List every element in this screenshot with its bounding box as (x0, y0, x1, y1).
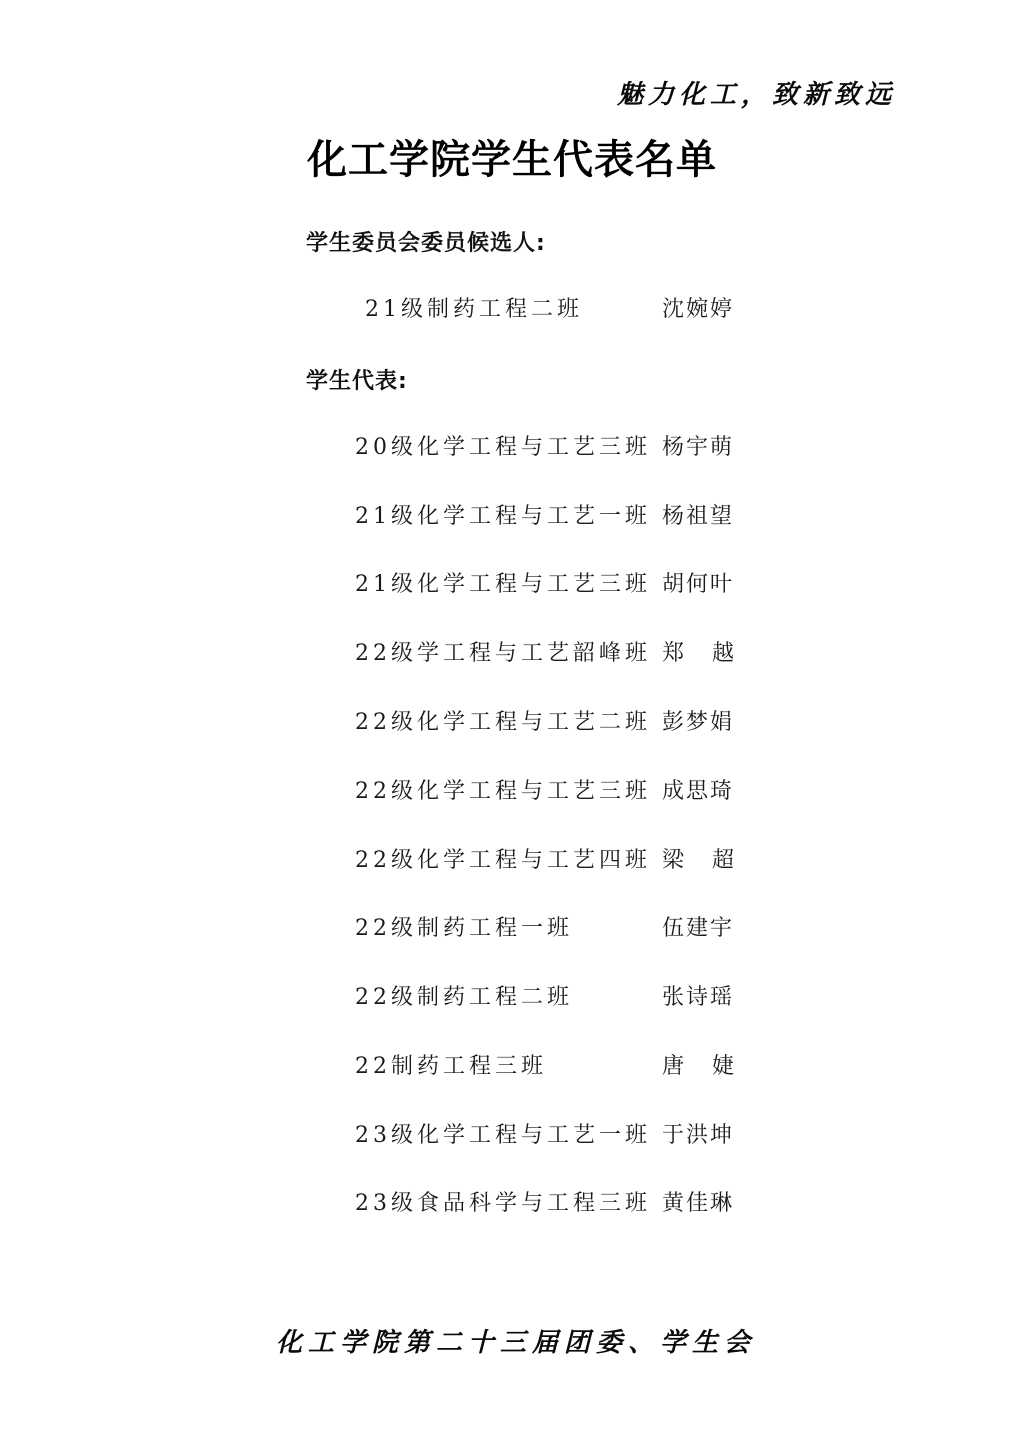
class-label: 21级化学工程与工艺一班 (355, 499, 651, 530)
representative-row: 21级化学工程与工艺三班 胡何叶 (0, 567, 1024, 599)
class-label: 22级学工程与工艺韶峰班 (355, 636, 651, 667)
student-name: 唐 婕 (662, 1049, 734, 1080)
representative-row: 22制药工程三班 唐 婕 (0, 1049, 1024, 1081)
student-name: 胡何叶 (662, 567, 734, 598)
name-surname: 唐 (662, 1049, 684, 1080)
student-name: 杨宇萌 (662, 430, 734, 461)
candidates-heading: 学生委员会委员候选人: (306, 226, 546, 257)
representative-row: 20级化学工程与工艺三班 杨宇萌 (0, 430, 1024, 462)
class-label: 22级制药工程二班 (355, 980, 573, 1011)
student-name: 沈婉婷 (662, 292, 734, 323)
representative-row: 21级化学工程与工艺一班 杨祖望 (0, 499, 1024, 531)
student-name: 于洪坤 (662, 1118, 734, 1149)
class-label: 23级食品科学与工程三班 (355, 1186, 651, 1217)
name-given: 越 (712, 636, 734, 667)
representative-row: 22级化学工程与工艺四班 梁 超 (0, 843, 1024, 875)
representative-row: 23级食品科学与工程三班 黄佳琳 (0, 1186, 1024, 1218)
student-name: 黄佳琳 (662, 1186, 734, 1217)
student-name: 杨祖望 (662, 499, 734, 530)
student-name: 彭梦娟 (662, 705, 734, 736)
slogan: 魅力化工，致新致远 (617, 74, 896, 111)
name-given: 婕 (712, 1049, 734, 1080)
representative-row: 22级化学工程与工艺二班 彭梦娟 (0, 705, 1024, 737)
student-name: 伍建宇 (662, 911, 734, 942)
class-label: 20级化学工程与工艺三班 (355, 430, 651, 461)
representative-row: 22级化学工程与工艺三班 成思琦 (0, 774, 1024, 806)
student-name: 张诗瑶 (662, 980, 734, 1011)
class-label: 23级化学工程与工艺一班 (355, 1118, 651, 1149)
name-given: 超 (712, 843, 734, 874)
student-name: 成思琦 (662, 774, 734, 805)
class-label: 22级化学工程与工艺三班 (355, 774, 651, 805)
class-label: 22制药工程三班 (355, 1049, 547, 1080)
representative-row: 22级学工程与工艺韶峰班 郑 越 (0, 636, 1024, 668)
student-name: 郑 越 (662, 636, 734, 667)
representatives-heading: 学生代表: (306, 364, 408, 395)
candidate-row: 21级制药工程二班 沈婉婷 (0, 292, 1024, 324)
representative-row: 22级制药工程二班 张诗瑶 (0, 980, 1024, 1012)
name-surname: 郑 (662, 636, 684, 667)
page-title: 化工学院学生代表名单 (0, 128, 1024, 185)
class-label: 22级制药工程一班 (355, 911, 573, 942)
name-surname: 梁 (662, 843, 684, 874)
representative-row: 23级化学工程与工艺一班 于洪坤 (0, 1118, 1024, 1150)
representative-row: 22级制药工程一班 伍建宇 (0, 911, 1024, 943)
footer-signature: 化工学院第二十三届团委、学生会 (0, 1322, 1024, 1359)
class-label: 22级化学工程与工艺二班 (355, 705, 651, 736)
class-label: 22级化学工程与工艺四班 (355, 843, 651, 874)
student-name: 梁 超 (662, 843, 734, 874)
class-label: 21级化学工程与工艺三班 (355, 567, 651, 598)
class-label: 21级制药工程二班 (365, 292, 583, 323)
